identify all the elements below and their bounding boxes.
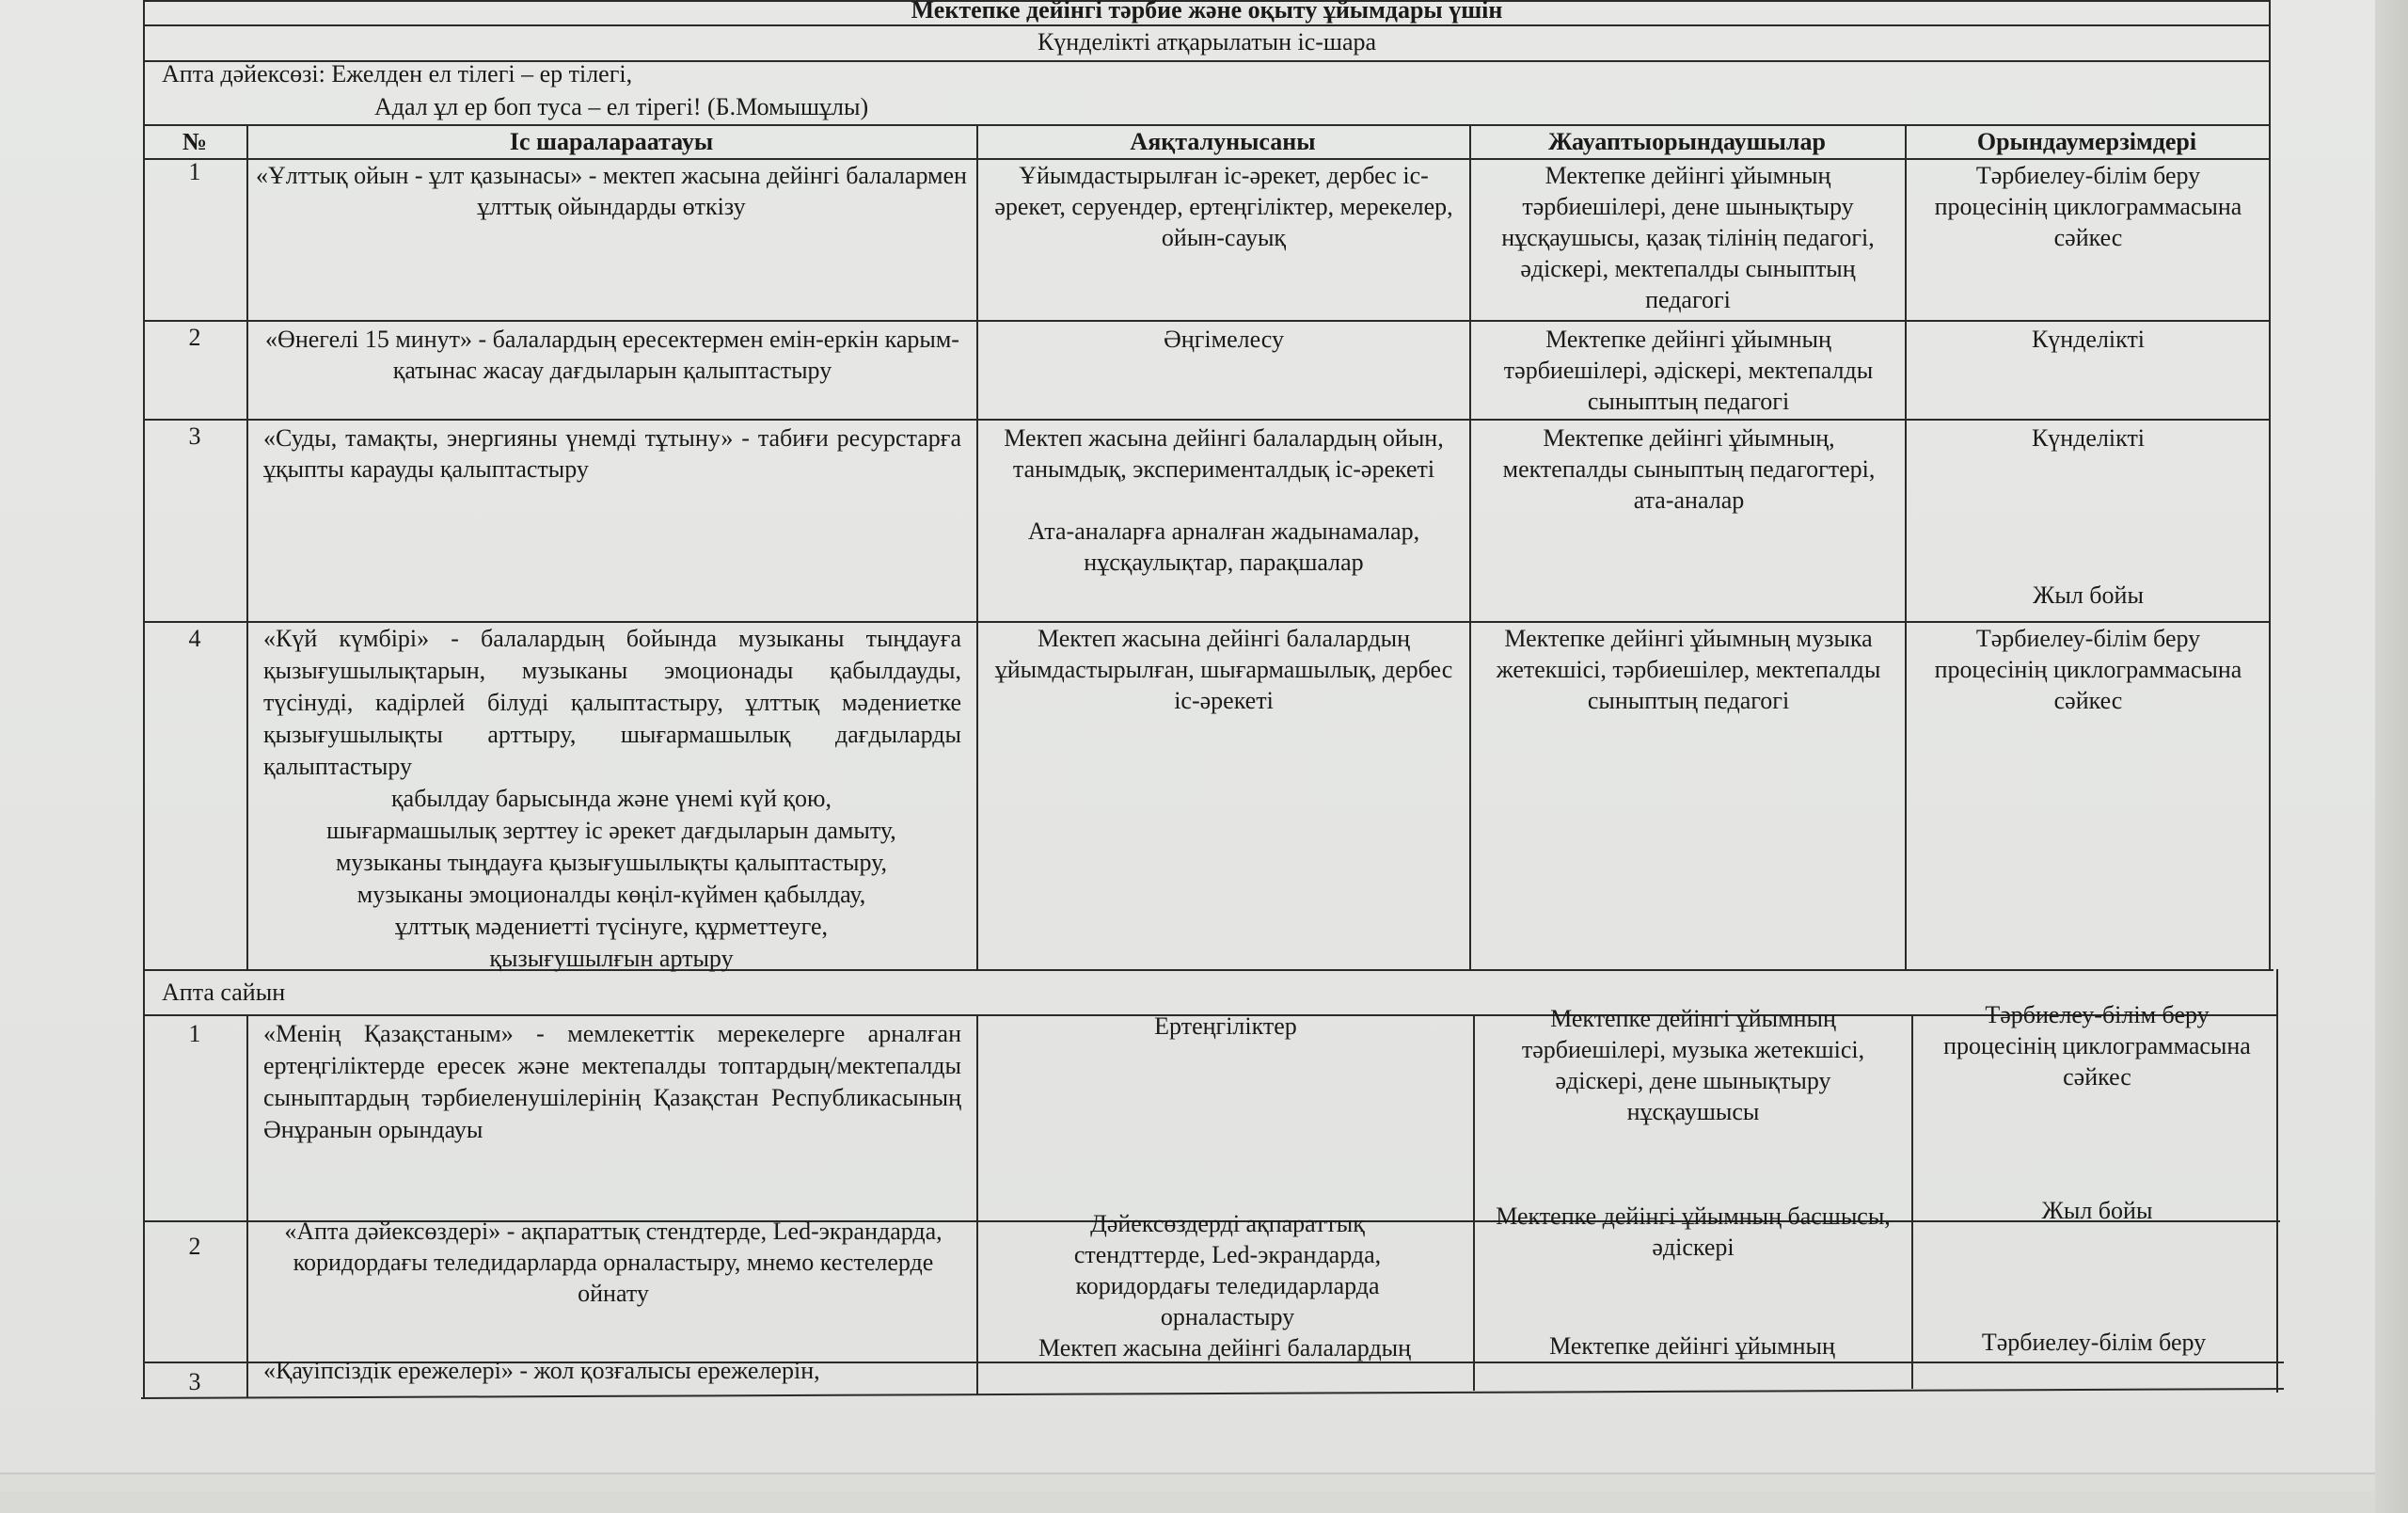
header-event-name: Іс шаралараатауы xyxy=(246,126,976,157)
form-cell: Мектеп жасына дейінгі балалардың ойын, т… xyxy=(986,422,1462,485)
row-number: 3 xyxy=(143,1366,246,1397)
header-completion-form: Аяқталунысаны xyxy=(976,126,1469,157)
form-cell: Ертеңгіліктер xyxy=(986,1011,1465,1042)
form-cell: Мектеп жасына дейінгі балалардың ұйымдас… xyxy=(986,623,1462,716)
deadline-cell: Жыл бойы xyxy=(1930,1195,2264,1226)
row-number: 1 xyxy=(143,156,246,187)
responsible-cell: Мектепке дейінгі ұйымның тәрбиешілері, ә… xyxy=(1486,324,1891,417)
form-cell: Мектеп жасына дейінгі балалардың xyxy=(976,1332,1473,1363)
deadline-cell-extra: Жыл бойы xyxy=(1924,580,2253,611)
event-cell: «Менің Қазақстаным» - мемлекеттік мереке… xyxy=(263,1018,961,1146)
row-number: 3 xyxy=(143,421,246,452)
header-responsible: Жауаптыорындаушылар xyxy=(1469,126,1905,157)
header-deadline: Орындаумерзімдері xyxy=(1905,126,2269,157)
event-cell: «Ұлттық ойын - ұлт қазынасы» - мектеп жа… xyxy=(254,160,969,222)
row-number: 1 xyxy=(143,1018,246,1049)
event-cell: «Өнегелі 15 минут» - балалардың ересекте… xyxy=(256,324,969,386)
header-number: № xyxy=(143,126,246,157)
event-cell: «Қауіпсіздік ережелері» - жол қозғалысы … xyxy=(263,1355,820,1386)
row-number: 2 xyxy=(143,322,246,353)
event-cell: «Апта дәйексөздері» - ақпараттық стендте… xyxy=(256,1216,971,1309)
week-quote-line1: Апта дәйексөзі: Ежелден ел тілегі – ер т… xyxy=(162,58,632,89)
responsible-cell: Мектепке дейінгі ұйымның музыка жетекшіс… xyxy=(1486,623,1891,716)
row-number: 4 xyxy=(143,623,246,654)
deadline-cell: Тәрбиелеу-білім беру процесінің циклогра… xyxy=(1924,623,2253,716)
week-quote-line2: Адал ұл ер боп туса – ел тірегі! (Б.Момы… xyxy=(374,91,868,122)
paper-bottom-edge xyxy=(0,1473,2380,1491)
event-cell-extra: қабылдау барысында және үнемі күй қою, ш… xyxy=(254,783,969,975)
document-title: Мектепке дейінгі тәрбие және оқыту ұйымд… xyxy=(143,0,2271,25)
form-cell: Ұйымдастырылған іс-әрекет, дербес іс-әре… xyxy=(986,160,1462,253)
document-subtitle: Күнделікті атқарылатын іс-шара xyxy=(143,26,2271,57)
form-cell: Дәйексөздерді ақпараттық стендттерде, Le… xyxy=(1035,1208,1420,1332)
responsible-cell: Мектепке дейінгі ұйымның xyxy=(1473,1330,1911,1362)
weekly-section-label: Апта сайын xyxy=(162,977,285,1008)
deadline-cell: Күнделікті xyxy=(1924,324,2253,355)
responsible-cell: Мектепке дейінгі ұйымның тәрбиешілері, д… xyxy=(1479,160,1897,315)
responsible-cell: Мектепке дейінгі ұйымның тәрбиешілері, м… xyxy=(1486,1003,1900,1127)
event-cell: «Күй күмбірі» - балалардың бойында музык… xyxy=(263,623,961,783)
form-cell: Әңгімелесу xyxy=(986,324,1462,355)
deadline-cell: Тәрбиелеу-білім беру процесінің циклогра… xyxy=(1924,160,2253,253)
deadline-cell: Тәрбиелеу-білім беру xyxy=(1911,1327,2276,1358)
deadline-cell: Күнделікті xyxy=(1924,422,2253,454)
paper-right-edge xyxy=(2375,0,2408,1513)
row-number: 2 xyxy=(143,1231,246,1262)
deadline-cell: Тәрбиелеу-білім беру процесінің циклогра… xyxy=(1930,999,2264,1092)
responsible-cell: Мектепке дейінгі ұйымның, мектепалды сын… xyxy=(1494,422,1884,516)
responsible-cell: Мектепке дейінгі ұйымның басшысы, әдіске… xyxy=(1496,1201,1891,1263)
event-cell: «Суды, тамақты, энергияны үнемді тұтыну»… xyxy=(263,422,961,485)
form-cell-extra: Ата-аналарға арналған жадынамалар, нұсқа… xyxy=(986,516,1462,578)
